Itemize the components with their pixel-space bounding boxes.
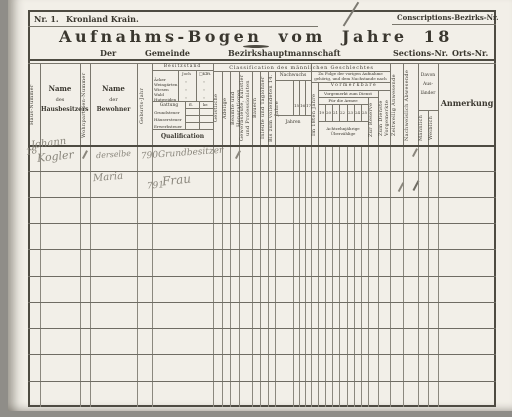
- auslaender-l1: Davon: [418, 73, 438, 78]
- conscription-district-label: Conscriptions-Bezirks-Nr.: [397, 13, 499, 22]
- auslaender-l2: Aus-: [418, 82, 438, 87]
- armee-year: 22: [340, 110, 345, 115]
- col-hausbesitzer: Hausbesitzers: [41, 106, 79, 113]
- col-hausbesitzer-des: des: [41, 97, 79, 103]
- armee-year: 21: [333, 110, 338, 115]
- steuern-col-kr: kr.: [203, 102, 208, 107]
- page-title: Aufnahms-Bogen vom Jahre 18: [0, 27, 512, 46]
- vormerkbare-title: Vormerkbare: [318, 83, 390, 88]
- nachwuchs-age: 15: [294, 103, 299, 108]
- steuern-title: Gattung: [152, 103, 186, 108]
- field-sections-nr: Sections-Nr.: [393, 48, 448, 58]
- col-anmerkung: Anmerkung: [438, 98, 496, 108]
- vorgemerkt-zum-dienst: Vorgemerkt zum Dienst: [318, 91, 378, 96]
- ditto-mark: „: [203, 86, 205, 91]
- armee-year: 23: [348, 110, 353, 115]
- steuern-row: Grundsteuer: [154, 110, 180, 115]
- crownland-label: Kronland Krain.: [66, 14, 139, 24]
- armee-year: 24: [355, 110, 360, 115]
- achtzehnjaehrige-label: Achtzehnjährige Überzählige: [316, 127, 370, 137]
- ditto-mark: „: [185, 94, 187, 99]
- field-der: Der: [100, 48, 116, 58]
- col-hausbesitzer-name: Name: [41, 84, 79, 93]
- armee-year: 25: [362, 110, 367, 115]
- col-geburts-jahr: Geburts-Jahr: [140, 72, 151, 140]
- col-nachweislich-abwesende: Nachweislich Abwesende: [405, 67, 416, 143]
- hw-geburtsjahr-row1: 790: [141, 150, 159, 161]
- field-orts-nr: Orts-Nr.: [452, 48, 488, 58]
- col-zeitweilig-anwesende: Zeitweilig Anwesende: [392, 67, 402, 143]
- col-bewohner-name: Name: [91, 84, 136, 93]
- ditto-mark: „: [185, 78, 187, 83]
- col-maennlich: Männlich: [419, 112, 427, 144]
- steuern-col-fl: fl.: [189, 102, 193, 107]
- armee-year: 20: [326, 110, 331, 115]
- col-haus-nummer: Haus-Nummer: [30, 70, 40, 140]
- scanned-census-form: Nr. 1. Kronland Krain. Conscriptions-Bez…: [0, 0, 512, 417]
- vormerk-zufolge: Zu Folge der vorigen Aufnahme gehörig, u…: [312, 72, 389, 82]
- besitzstand-col-joch: Joch: [182, 71, 191, 76]
- auslaender-l3: länder: [418, 91, 438, 96]
- col-bewohner: Bewohner: [91, 106, 136, 113]
- col-bis-14-jahre: Bis zum vollendeten 14. Jahre: [269, 74, 275, 142]
- nachwuchs-jahren: Jahren: [275, 120, 311, 125]
- besitzstand-col-klafter: □Klft.: [199, 71, 211, 76]
- col-wohnpartei-nummer: Wohnparteien-Nummer: [82, 68, 90, 142]
- col-bewohner-der: der: [91, 97, 136, 103]
- col-zur-reserve: Zur Reserve: [369, 99, 377, 141]
- col-geistliche: Geistliche: [214, 74, 222, 142]
- col-adelige: Adelige: [223, 74, 230, 142]
- fuer-die-armee: Für die Armee: [318, 98, 368, 103]
- steuern-row: Häusersteuer: [154, 117, 182, 122]
- nachwuchs-age: 16: [300, 103, 305, 108]
- ditto-mark: „: [185, 86, 187, 91]
- col-zum-dienste: Zum Dienste Vorgemerkte: [379, 93, 389, 143]
- col-gewerbsleute: Gewerbsleute, Künstler und Professionist…: [240, 74, 252, 142]
- col-taglöhner: Inleute und Taglöhner: [261, 74, 268, 142]
- ditto-mark: „: [203, 94, 205, 99]
- col-beamte: Beamte und Honoratioren: [231, 74, 239, 142]
- ditto-mark: „: [203, 78, 205, 83]
- besitzstand-title: Besitzstand: [152, 64, 213, 69]
- form-number: Nr. 1.: [34, 14, 59, 24]
- col-bauern: Bauern: [253, 74, 260, 142]
- field-gemeinde: Gemeinde: [145, 48, 190, 58]
- hw-qualification-row2: Frau: [161, 172, 191, 189]
- qualification-label: Qualification: [152, 133, 213, 140]
- field-bezirkshauptmannschaft: Bezirkshauptmannschaft: [228, 48, 341, 58]
- col-weiblich: Weiblich: [429, 112, 437, 144]
- nachwuchs-title: Nachwuchs: [275, 73, 311, 78]
- armee-year: 19: [319, 110, 324, 115]
